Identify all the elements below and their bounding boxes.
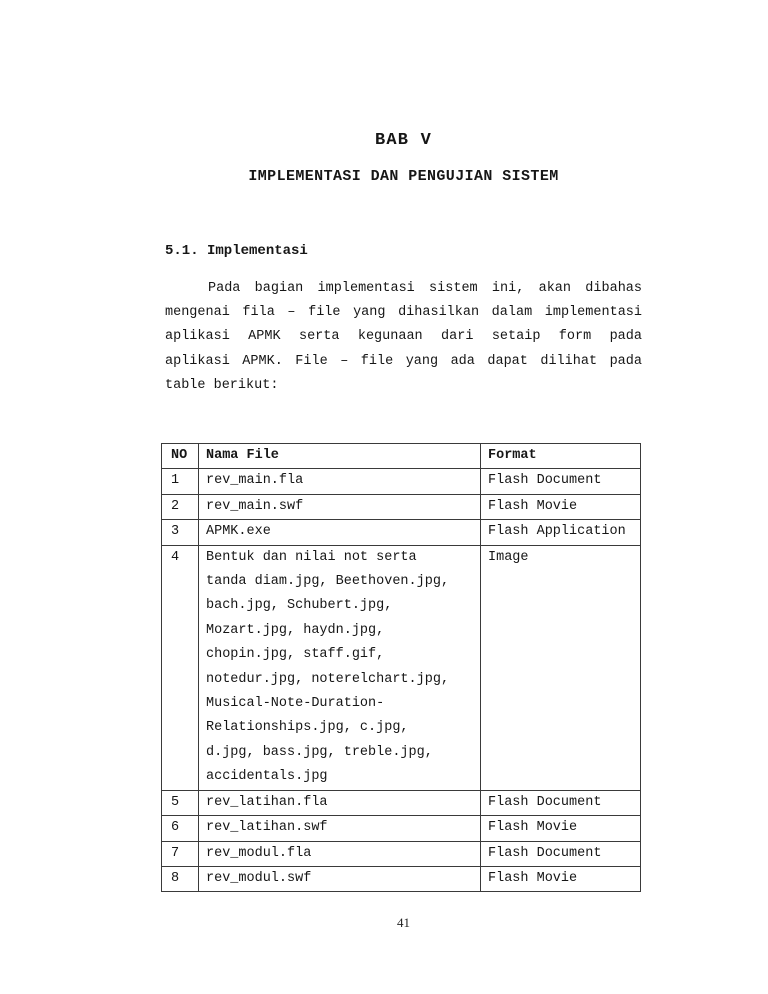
table-row: 6 rev_latihan.swf Flash Movie: [162, 816, 641, 841]
file-format-cell: Flash Movie: [481, 816, 641, 841]
row-number-cell: 4: [162, 545, 199, 790]
row-number-cell: 2: [162, 494, 199, 519]
document-page: BAB V IMPLEMENTASI DAN PENGUJIAN SISTEM …: [0, 0, 768, 994]
file-format-cell: Flash Application: [481, 520, 641, 545]
intro-line: aplikasi APMK. File – file yang ada dapa…: [165, 350, 642, 374]
intro-line: mengenai fila – file yang dihasilkan dal…: [165, 301, 642, 325]
file-format-cell: Flash Document: [481, 841, 641, 866]
table-row: 7 rev_modul.fla Flash Document: [162, 841, 641, 866]
file-format-cell: Flash Document: [481, 469, 641, 494]
column-header-format: Format: [481, 444, 641, 469]
file-format-cell: Flash Movie: [481, 866, 641, 891]
chapter-title: BAB V: [165, 131, 642, 150]
table-row: 3 APMK.exe Flash Application: [162, 520, 641, 545]
table-row: 8 rev_modul.swf Flash Movie: [162, 866, 641, 891]
file-name-cell: rev_main.swf: [199, 494, 481, 519]
intro-line: aplikasi APMK serta kegunaan dari setaip…: [165, 325, 642, 349]
row-number-cell: 7: [162, 841, 199, 866]
table-header-row: NO Nama File Format: [162, 444, 641, 469]
file-name-cell: Bentuk dan nilai not serta tanda diam.jp…: [199, 545, 481, 790]
file-format-cell: Image: [481, 545, 641, 790]
table-row: 2 rev_main.swf Flash Movie: [162, 494, 641, 519]
page-number: 41: [165, 915, 642, 931]
chapter-subtitle: IMPLEMENTASI DAN PENGUJIAN SISTEM: [165, 168, 642, 185]
intro-paragraph: Pada bagian implementasi sistem ini, aka…: [165, 277, 642, 398]
row-number-cell: 5: [162, 790, 199, 815]
file-name-cell: rev_modul.swf: [199, 866, 481, 891]
row-number-cell: 3: [162, 520, 199, 545]
file-name-cell: rev_latihan.fla: [199, 790, 481, 815]
file-name-cell: rev_latihan.swf: [199, 816, 481, 841]
column-header-no: NO: [162, 444, 199, 469]
table-row: 5 rev_latihan.fla Flash Document: [162, 790, 641, 815]
file-format-cell: Flash Movie: [481, 494, 641, 519]
file-name-cell: rev_modul.fla: [199, 841, 481, 866]
files-table: NO Nama File Format 1 rev_main.fla Flash…: [161, 443, 641, 892]
section-heading: 5.1. Implementasi: [165, 243, 308, 259]
column-header-nama-file: Nama File: [199, 444, 481, 469]
row-number-cell: 8: [162, 866, 199, 891]
row-number-cell: 1: [162, 469, 199, 494]
row-number-cell: 6: [162, 816, 199, 841]
table-row: 1 rev_main.fla Flash Document: [162, 469, 641, 494]
file-format-cell: Flash Document: [481, 790, 641, 815]
file-name-cell: rev_main.fla: [199, 469, 481, 494]
file-name-cell: APMK.exe: [199, 520, 481, 545]
table-row: 4 Bentuk dan nilai not serta tanda diam.…: [162, 545, 641, 790]
intro-line: Pada bagian implementasi sistem ini, aka…: [165, 277, 642, 301]
intro-line: table berikut:: [165, 374, 642, 398]
